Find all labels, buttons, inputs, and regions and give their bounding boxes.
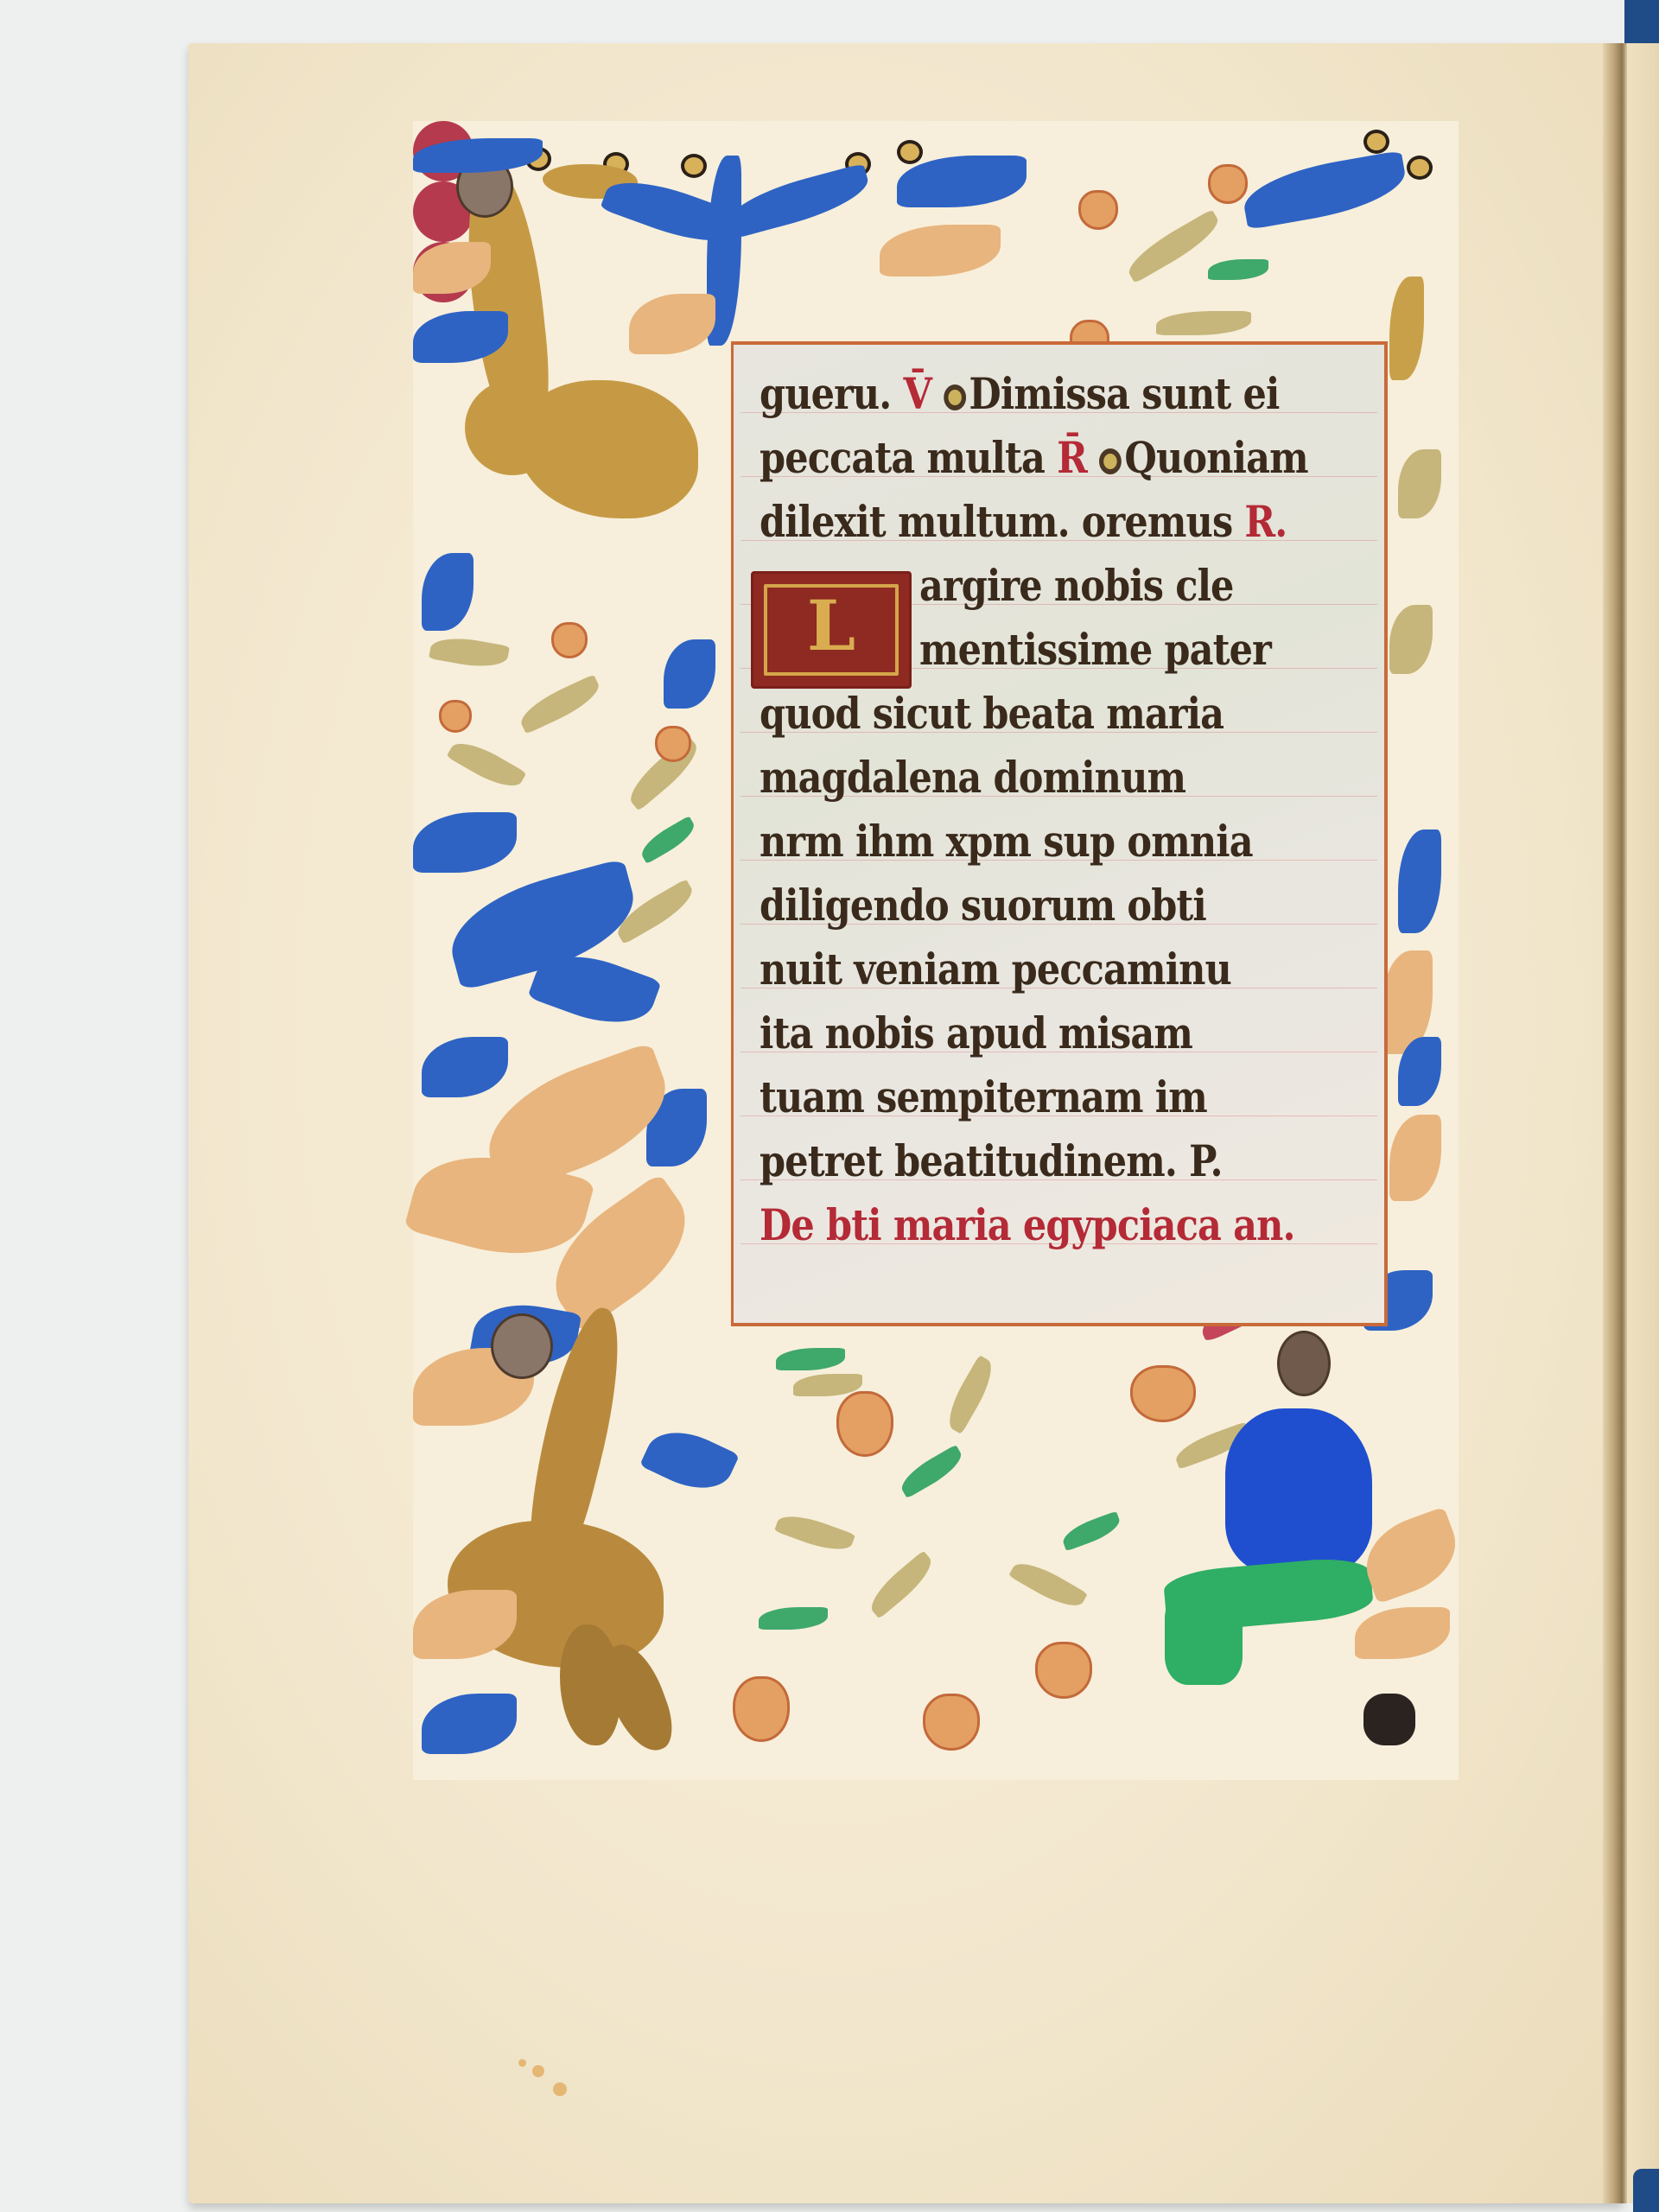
initial-letter: L <box>753 591 909 660</box>
peach-acanthus-leaf <box>1389 1115 1441 1201</box>
kneeling-man-blue-tunic <box>1225 1408 1372 1573</box>
text-line-5: mentissime pater <box>919 628 1312 671</box>
response-mark: R. <box>1244 496 1287 547</box>
text-line-6: quod sicut beata maria <box>760 692 1289 735</box>
green-leaf <box>896 1445 967 1499</box>
paragraph-mark: P. <box>1189 1135 1222 1186</box>
green-leaf <box>759 1607 828 1630</box>
olive-leaf <box>1008 1554 1088 1614</box>
gold-berry-icon <box>897 140 923 164</box>
text-line-7: magdalena dominum <box>760 756 1289 799</box>
pomegranate-icon <box>439 700 472 733</box>
text-line-4: argire nobis cle <box>919 564 1312 607</box>
text-line-8: nrm ihm xpm sup omnia <box>760 820 1289 863</box>
green-leaf <box>1208 259 1268 280</box>
gold-berry-icon <box>1363 130 1389 154</box>
pomegranate-icon <box>1208 164 1248 204</box>
text-line-2: peccata multa R̄ Quoniam <box>760 436 1289 480</box>
olive-leaf <box>774 1508 855 1557</box>
olive-leaf <box>1398 449 1441 518</box>
pomegranate-icon <box>923 1694 980 1751</box>
foxing-stain <box>518 2059 526 2067</box>
facing-page-edge <box>1627 43 1659 2203</box>
blue-acanthus-leaf <box>1239 150 1410 230</box>
gold-initial-dot-icon <box>1099 448 1122 474</box>
text-line-9: diligendo suorum obti <box>760 884 1289 927</box>
blue-flower-bud <box>422 553 474 631</box>
page-gutter <box>1603 43 1627 2203</box>
olive-leaf <box>1389 605 1433 674</box>
text-line-10: nuit veniam peccaminu <box>760 948 1289 991</box>
decorated-initial-L: L <box>751 571 912 689</box>
blue-acanthus-leaf <box>897 156 1027 207</box>
olive-leaf <box>864 1550 939 1618</box>
kneeling-man-green-hose <box>1165 1590 1243 1685</box>
foxing-stain <box>532 2065 544 2077</box>
kneeling-man-shoe <box>1363 1694 1415 1745</box>
blue-acanthus-leaf <box>639 1419 740 1503</box>
pomegranate-icon <box>1035 1642 1092 1699</box>
text-line-1: gueru. V̄ Dimissa sunt ei <box>760 372 1289 416</box>
gold-leaf <box>1389 276 1424 380</box>
blue-acanthus-leaf <box>721 163 874 239</box>
peach-acanthus-leaf <box>629 294 715 354</box>
pomegranate-icon <box>655 726 691 762</box>
blue-acanthus-leaf <box>1398 829 1441 933</box>
text-line-3: dilexit multum. oremus R. <box>760 500 1289 543</box>
blue-acanthus-leaf <box>413 812 517 873</box>
text-line-11: ita nobis apud misam <box>760 1012 1289 1055</box>
grotesque-face <box>465 380 560 475</box>
text-line-13: petret beatitudinem. P. <box>760 1140 1289 1183</box>
book-binding-bottom <box>1633 2169 1659 2212</box>
pomegranate-icon <box>836 1391 893 1457</box>
blue-acanthus-leaf <box>422 1694 517 1754</box>
pomegranate-icon <box>1078 190 1118 230</box>
rubric-line: De bti maria egypciaca an. <box>760 1204 1289 1247</box>
gold-initial-dot-icon <box>944 385 966 410</box>
pomegranate-icon <box>1130 1365 1196 1422</box>
olive-leaf <box>1156 311 1251 335</box>
text-line-12: tuam sempiternam im <box>760 1076 1289 1119</box>
grotesque-hooded-head-icon <box>491 1313 553 1379</box>
response-mark: R̄ <box>1057 432 1087 483</box>
foxing-stain <box>553 2082 567 2096</box>
olive-leaf <box>429 632 510 671</box>
kneeling-man-head-icon <box>1277 1331 1331 1396</box>
green-leaf <box>776 1348 845 1370</box>
blue-acanthus-leaf <box>422 1037 508 1097</box>
versicle-mark: V̄ <box>904 368 932 419</box>
peach-acanthus-leaf <box>1355 1607 1450 1659</box>
peach-acanthus-leaf <box>880 225 1001 276</box>
text-block: gueru. V̄ Dimissa sunt ei peccata multa … <box>731 341 1388 1326</box>
olive-leaf <box>515 674 604 734</box>
blue-flower-bud <box>664 639 715 709</box>
pomegranate-icon <box>551 622 588 658</box>
gold-berry-icon <box>681 154 707 178</box>
green-leaf <box>637 816 700 864</box>
gold-berry-icon <box>1407 156 1433 180</box>
green-leaf <box>1059 1511 1123 1551</box>
olive-leaf <box>447 734 527 796</box>
pomegranate-icon <box>733 1676 790 1742</box>
olive-leaf <box>940 1355 1000 1434</box>
